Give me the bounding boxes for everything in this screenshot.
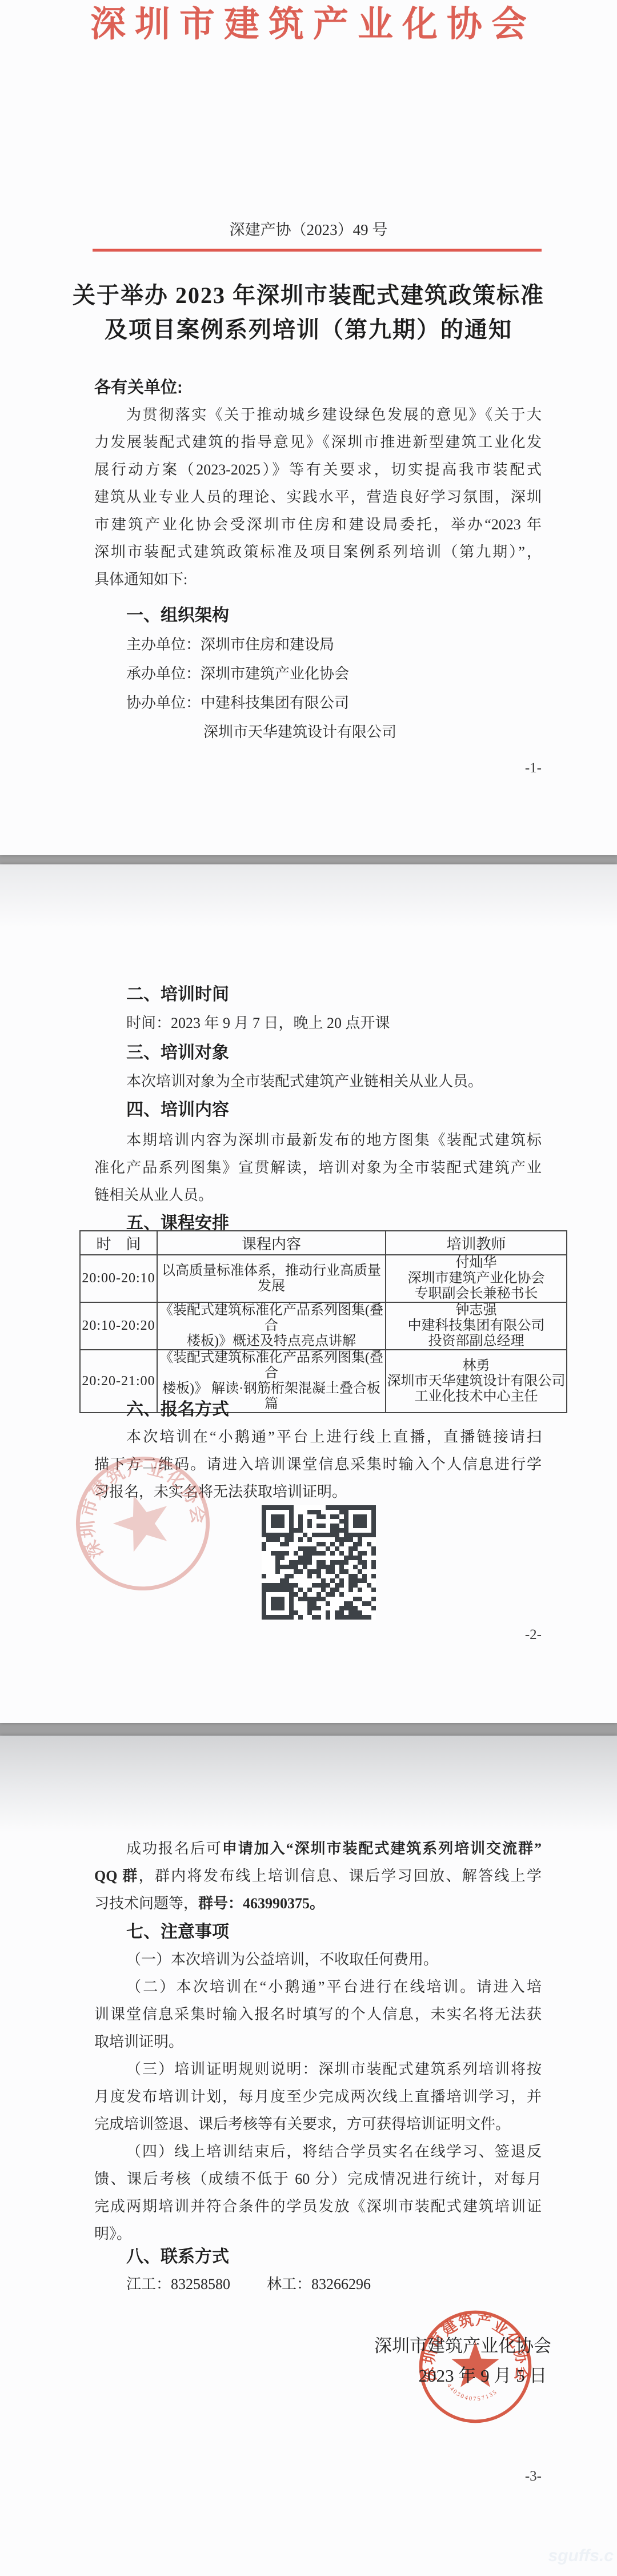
note-line: 训课堂信息采集时输入报名时填写的个人信息，未实名将无法获 xyxy=(94,2001,542,2028)
course-line: 《装配式建筑标准化产品系列图集(叠合 xyxy=(158,1303,385,1334)
paragraph-line: 为贯彻落实《关于推动城乡建设绿色发展的意见》《关于大 xyxy=(94,401,542,429)
header-time: 时 间 xyxy=(80,1231,157,1255)
qq-line-normal: 成功报名后可 xyxy=(126,1840,222,1857)
note-line: （四）线上培训结束后，将结合学员实名在线学习、签退反 xyxy=(94,2138,542,2166)
host-unit-line: 主办单位：深圳市住房和建设局 xyxy=(94,631,542,659)
teacher-name: 林勇 xyxy=(386,1358,566,1374)
contact-person-1: 江工：83258580 xyxy=(126,2276,230,2292)
paragraph-line: 建筑从业专业人员的理论、实践水平，营造良好学习氛围，深圳 xyxy=(94,484,542,511)
qq-line-bold: 申请加入“深圳市装配式建筑系列培训交流群” xyxy=(222,1840,542,1857)
notice-title-line-2: 及项目案例系列培训（第九期）的通知 xyxy=(0,313,617,347)
qq-line-bold: QQ 群 xyxy=(94,1868,139,1884)
paragraph-line: 深圳市装配式建筑政策标准及项目案例系列培训（第九期）”， xyxy=(94,539,542,566)
signature-date: 2023 年 9 月 5 日 xyxy=(400,2363,566,2388)
contact-line: 江工：83258580林工：83266296 xyxy=(94,2271,542,2298)
salutation: 各有关单位: xyxy=(94,375,183,400)
scanned-notice-document: 深圳市建筑产业化协会 深建产协（2023）49 号 关于举办 2023 年深圳市… xyxy=(0,0,617,2576)
page-number-1: -1- xyxy=(525,758,542,779)
teacher-org: 深圳市建筑产业化协会 xyxy=(386,1271,566,1286)
paragraph-line: 展行动方案（2023-2025）》等有关要求，切实提高我市装配式 xyxy=(94,456,542,484)
note-line: 明》。 xyxy=(94,2220,542,2248)
note-line: （一）本次培训为公益培训，不收取任何费用。 xyxy=(94,1946,542,1973)
qq-group-number: 群号：463990375。 xyxy=(198,1895,324,1912)
co-organizer-unit-line-1: 协办单位：中建科技集团有限公司 xyxy=(94,689,542,717)
organizer-unit-line: 承办单位：深圳市建筑产业化协会 xyxy=(94,660,542,688)
teacher-org: 深圳市天华建筑设计有限公司 xyxy=(386,1374,566,1389)
table-header-row: 时 间 课程内容 培训教师 xyxy=(80,1231,567,1255)
teacher-cell: 林勇 深圳市天华建筑设计有限公司 工业化技术中心主任 xyxy=(386,1350,567,1413)
teacher-title: 投资部副总经理 xyxy=(386,1334,566,1349)
section-heading-notes: 七、注意事项 xyxy=(126,1921,229,1944)
co-organizer-unit-line-2: 深圳市天华建筑设计有限公司 xyxy=(94,719,542,746)
seal-star-icon xyxy=(107,1486,178,1556)
page-number-2: -2- xyxy=(525,1625,542,1645)
page-3-scan-shading xyxy=(0,1736,617,1833)
paragraph-line: 具体通知如下: xyxy=(94,566,542,593)
section-heading-organization: 一、组织架构 xyxy=(126,604,229,627)
teacher-org: 中建科技集团有限公司 xyxy=(386,1318,566,1334)
teacher-title: 工业化技术中心主任 xyxy=(386,1389,566,1405)
table-row: 20:10-20:20 《装配式建筑标准化产品系列图集(叠合 楼板)》概述及特点… xyxy=(80,1302,567,1350)
course-cell: 《装配式建筑标准化产品系列图集(叠合 楼板)》概述及特点亮点讲解 xyxy=(157,1302,386,1350)
qq-line-normal: 习技术问题等， xyxy=(94,1895,198,1912)
table-row: 20:00-20:10 以高质量标准体系，推动行业高质量发展 付灿华 深圳市建筑… xyxy=(80,1255,567,1302)
qq-group-line: 成功报名后可申请加入“深圳市装配式建筑系列培训交流群” xyxy=(94,1835,542,1863)
time-cell: 20:00-20:10 xyxy=(80,1255,157,1302)
page-2: 二、培训时间 时间：2023 年 9 月 7 日，晚上 20 点开课 三、培训对… xyxy=(0,864,617,1723)
note-line: 馈、课后考核（成绩不低于 60 分）完成情况进行统计，对每月 xyxy=(94,2166,542,2193)
content-line: 链相关从业人员。 xyxy=(94,1182,542,1209)
note-line: 月度发布培训计划，每月度至少完成两次线上直播培训学习，并 xyxy=(94,2083,542,2111)
note-line: （二）本次培训在“小鹅通”平台进行在线培训。请进入培 xyxy=(94,1973,542,2001)
teacher-cell: 钟志强 中建科技集团有限公司 投资部副总经理 xyxy=(386,1302,567,1350)
page-3: 成功报名后可申请加入“深圳市装配式建筑系列培训交流群” QQ 群，群内将发布线上… xyxy=(0,1736,617,2576)
teacher-name: 付灿华 xyxy=(386,1255,566,1271)
training-audience-line: 本次培训对象为全市装配式建筑产业链相关从业人员。 xyxy=(94,1068,542,1095)
training-time-line: 时间：2023 年 9 月 7 日，晚上 20 点开课 xyxy=(94,1010,542,1037)
note-line: 取培训证明。 xyxy=(94,2028,542,2056)
scan-watermark: sguffs.c xyxy=(548,2546,614,2566)
time-cell: 20:10-20:20 xyxy=(80,1302,157,1350)
note-line: （三）培训证明规则说明：深圳市装配式建筑系列培训将按 xyxy=(94,2056,542,2083)
qq-group-line: 习技术问题等，群号：463990375。 xyxy=(94,1890,542,1917)
teacher-title: 专职副会长兼秘书长 xyxy=(386,1286,566,1302)
qq-group-line: QQ 群，群内将发布线上培训信息、课后学习回放、解答线上学 xyxy=(94,1863,542,1890)
note-line: 完成培训签退、课后考核等有关要求，方可获得培训证明文件。 xyxy=(94,2111,542,2138)
paragraph-line: 市建筑产业化协会受深圳市住房和建设局委托，举办“2023 年 xyxy=(94,511,542,539)
section-heading-time: 二、培训时间 xyxy=(126,983,229,1006)
teacher-name: 钟志强 xyxy=(386,1303,566,1318)
header-teacher: 培训教师 xyxy=(386,1231,567,1255)
course-line: 楼板)》 解读·钢筋桁架混凝土叠合板 xyxy=(158,1381,385,1397)
contact-person-2: 林工：83266296 xyxy=(267,2276,371,2292)
header-course: 课程内容 xyxy=(157,1231,386,1255)
paragraph-line: 力发展装配式建筑的指导意见》《深圳市推进新型建筑工业化发 xyxy=(94,429,542,456)
course-line: 《装配式建筑标准化产品系列图集(叠合 xyxy=(158,1350,385,1381)
content-line: 本期培训内容为深圳市最新发布的地方图集《装配式建筑标 xyxy=(94,1127,542,1154)
note-line: 完成两期培训并符合条件的学员发放《深圳市装配式建筑培训证 xyxy=(94,2193,542,2220)
section-heading-audience: 三、培训对象 xyxy=(126,1042,229,1064)
course-line: 以高质量标准体系，推动行业高质量发展 xyxy=(158,1263,385,1294)
signature-organization: 深圳市建筑产业化协会 xyxy=(374,2334,551,2359)
course-line: 楼板)》概述及特点亮点讲解 xyxy=(158,1334,385,1349)
page-number-3: -3- xyxy=(525,2466,542,2487)
page-2-scan-shading xyxy=(0,864,617,927)
letterhead-red-rule xyxy=(93,249,542,252)
course-schedule-table: 时 间 课程内容 培训教师 20:00-20:10 以高质量标准体系，推动行业高… xyxy=(79,1230,567,1413)
qq-line-normal: ，群内将发布线上培训信息、课后学习回放、解答线上学 xyxy=(139,1868,542,1884)
teacher-cell: 付灿华 深圳市建筑产业化协会 专职副会长兼秘书长 xyxy=(386,1255,567,1302)
section-heading-contact: 八、联系方式 xyxy=(126,2246,229,2268)
section-heading-signup: 六、报名方式 xyxy=(126,1398,229,1421)
course-cell: 以高质量标准体系，推动行业高质量发展 xyxy=(157,1255,386,1302)
document-number: 深建产协（2023）49 号 xyxy=(0,218,617,241)
qr-code xyxy=(262,1505,376,1620)
content-line: 准化产品系列图集》宣贯解读，培训对象为全市装配式建筑产业 xyxy=(94,1154,542,1182)
notice-title-line-1: 关于举办 2023 年深圳市装配式建筑政策标准 xyxy=(0,278,617,313)
section-heading-content: 四、培训内容 xyxy=(126,1099,229,1122)
association-letterhead-title: 深圳市建筑产业化协会 xyxy=(0,0,617,49)
page-1: 深圳市建筑产业化协会 深建产协（2023）49 号 关于举办 2023 年深圳市… xyxy=(0,0,617,855)
